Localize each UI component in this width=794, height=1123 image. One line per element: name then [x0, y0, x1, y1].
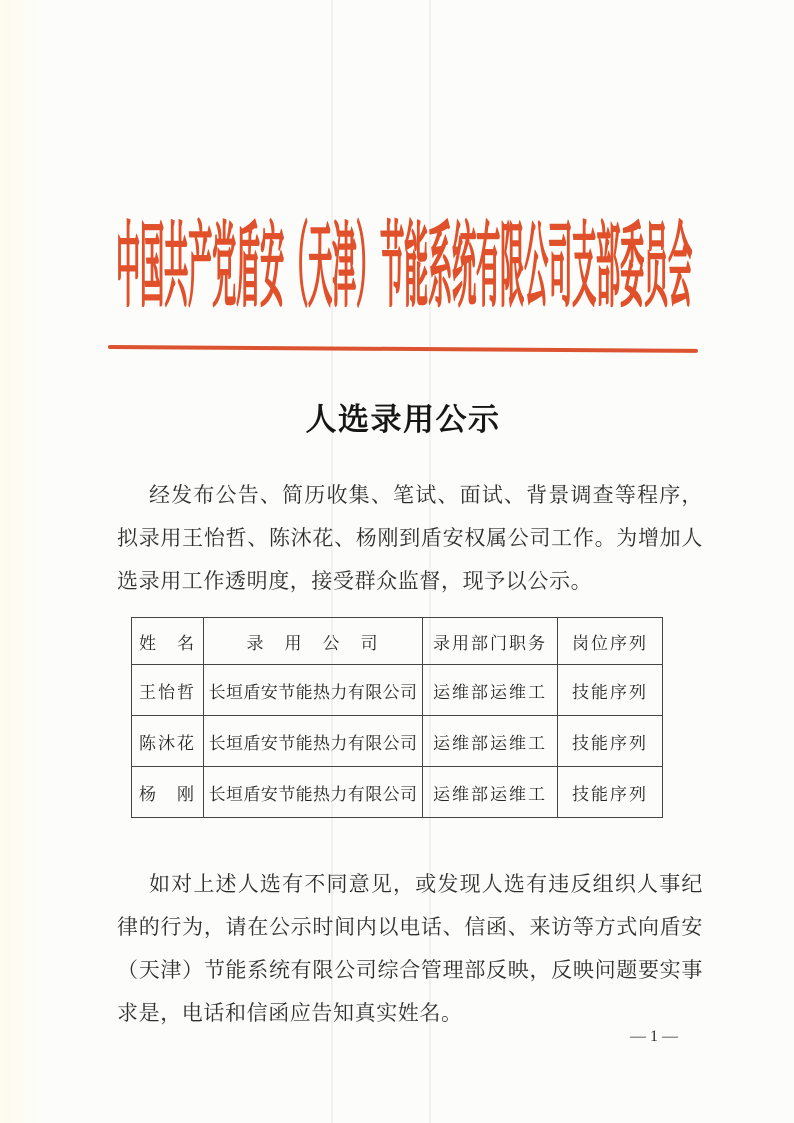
cell-job-sequence: 技能序列 — [558, 767, 663, 818]
scan-edge-artifact — [0, 0, 46, 1123]
cell-name: 陈沐花 — [132, 716, 204, 767]
cell-name: 王怡哲 — [132, 665, 204, 716]
header-cell-department-position: 录用部门职务 — [423, 618, 558, 665]
page-number: — 1 — — [630, 1028, 678, 1046]
table-header-row: 姓 名 录 用 公 司 录用部门职务 岗位序列 — [132, 618, 663, 665]
document-title: 人选录用公示 — [0, 400, 794, 440]
hiring-roster-table: 姓 名 录 用 公 司 录用部门职务 岗位序列 王怡哲 长垣盾安节能热力有限公司… — [131, 617, 663, 818]
cell-job-sequence: 技能序列 — [558, 665, 663, 716]
header-cell-name: 姓 名 — [132, 618, 204, 665]
header-cell-company: 录 用 公 司 — [204, 618, 423, 665]
document-page: 中国共产党盾安（天津）节能系统有限公司支部委员会 人选录用公示 经发布公告、简历… — [0, 0, 794, 1123]
cell-company: 长垣盾安节能热力有限公司 — [204, 716, 423, 767]
header-cell-job-sequence: 岗位序列 — [558, 618, 663, 665]
cell-company: 长垣盾安节能热力有限公司 — [204, 665, 423, 716]
letterhead: 中国共产党盾安（天津）节能系统有限公司支部委员会 — [0, 225, 794, 249]
table-row: 陈沐花 长垣盾安节能热力有限公司 运维部运维工 技能序列 — [132, 716, 663, 767]
letterhead-title: 中国共产党盾安（天津）节能系统有限公司支部委员会 — [116, 225, 692, 317]
table-row: 杨 刚 长垣盾安节能热力有限公司 运维部运维工 技能序列 — [132, 767, 663, 818]
cell-department-position: 运维部运维工 — [423, 665, 558, 716]
cell-company: 长垣盾安节能热力有限公司 — [204, 767, 423, 818]
cell-name: 杨 刚 — [132, 767, 204, 818]
cell-department-position: 运维部运维工 — [423, 716, 558, 767]
cell-job-sequence: 技能序列 — [558, 716, 663, 767]
body-paragraph-feedback: 如对上述人选有不同意见，或发现人选有违反组织人事纪律的行为，请在公示时间内以电话… — [117, 863, 703, 1035]
table-row: 王怡哲 长垣盾安节能热力有限公司 运维部运维工 技能序列 — [132, 665, 663, 716]
body-paragraph-procedure: 经发布公告、简历收集、笔试、面试、背景调查等程序，拟录用王怡哲、陈沐花、杨刚到盾… — [117, 474, 703, 603]
cell-department-position: 运维部运维工 — [423, 767, 558, 818]
letterhead-rule-line — [108, 345, 698, 352]
